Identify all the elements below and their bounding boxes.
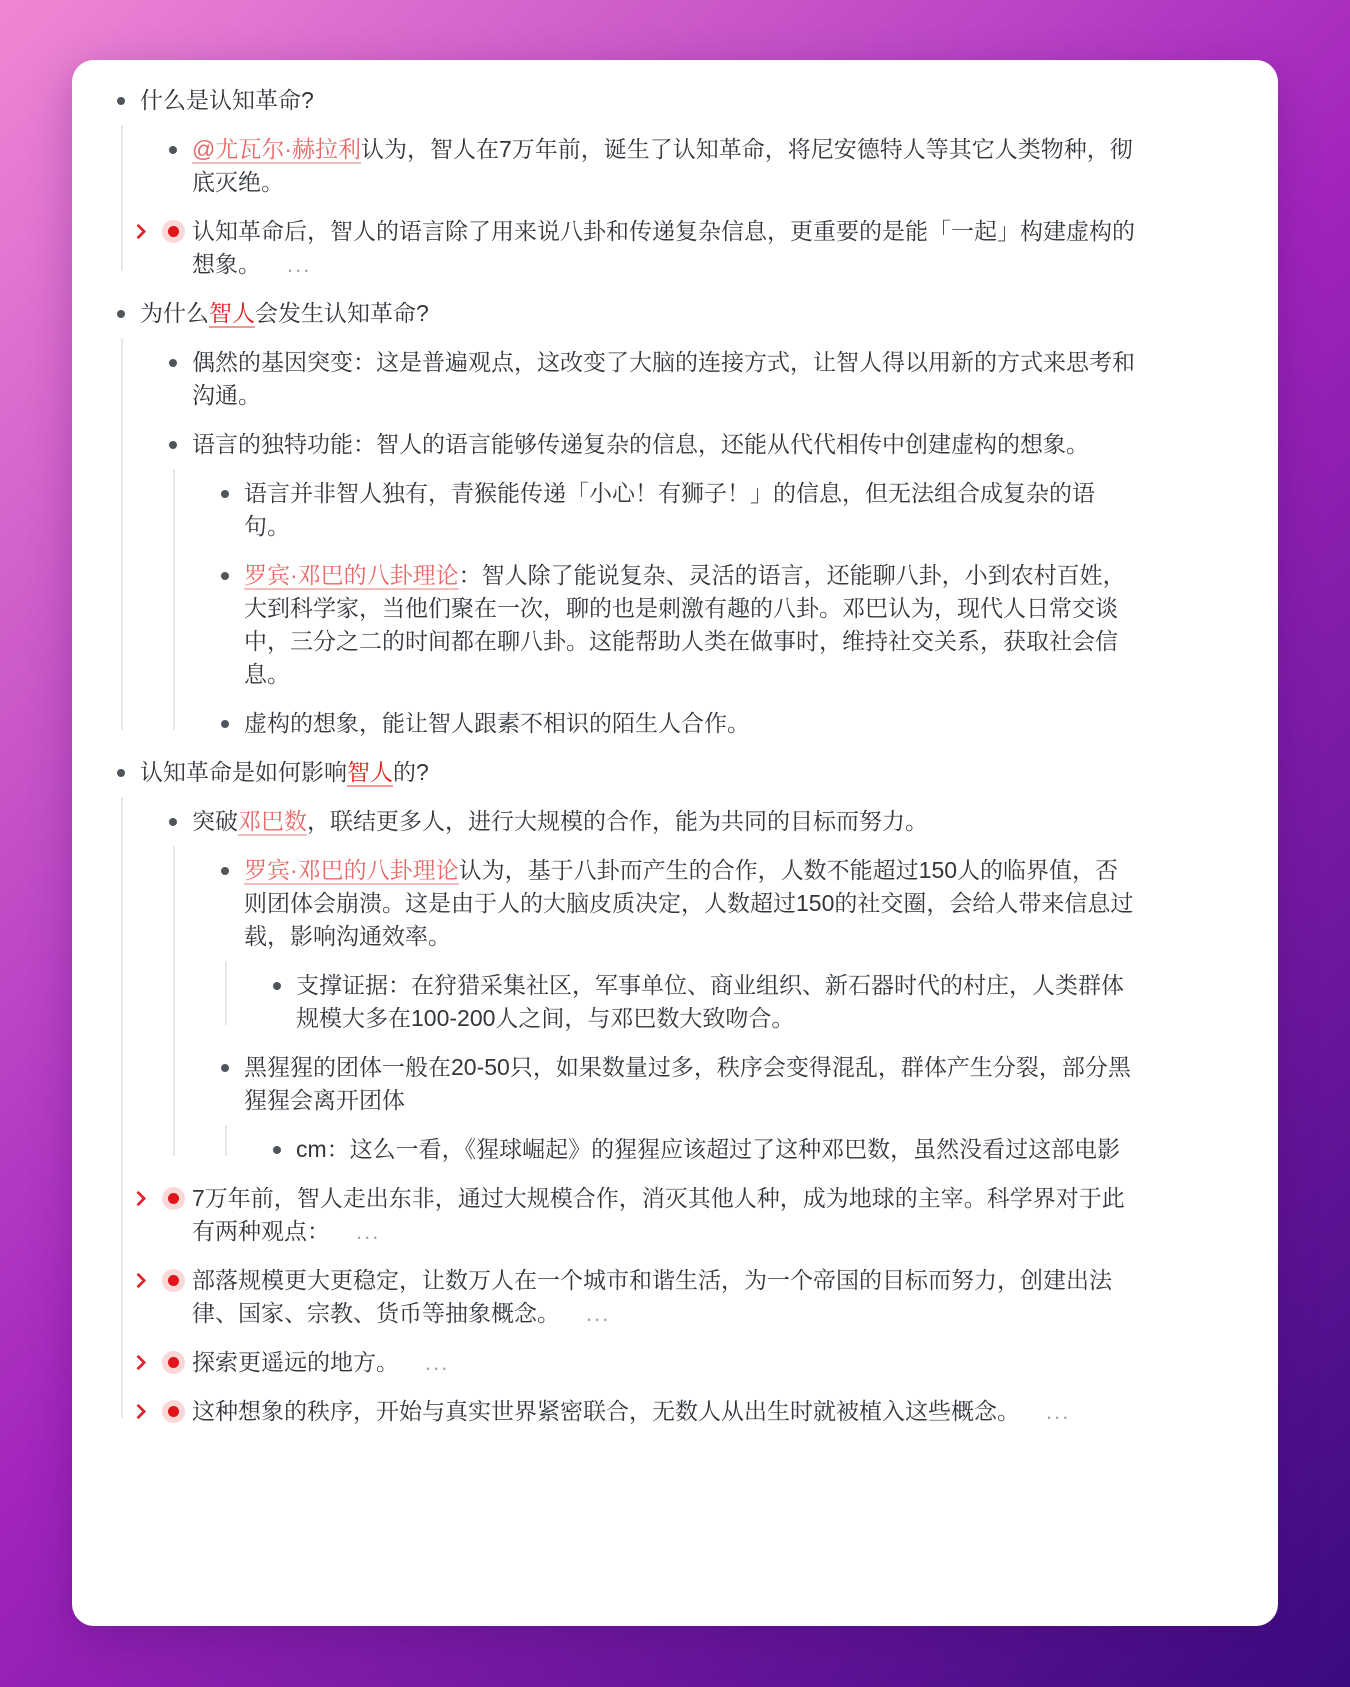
bullet-icon[interactable] — [117, 769, 125, 777]
text-run: ，联结更多人，进行大规模的合作，能为共同的目标而努力。 — [307, 808, 928, 834]
outline-node: 认知革命后，智人的语言除了用来说八卦和传递复杂信息，更重要的是能「一起」构建虚构… — [173, 215, 1138, 281]
outline-children: @尤瓦尔·赫拉利认为，智人在7万年前，诞生了认知革命，将尼安德特人等其它人类物种… — [173, 133, 1138, 281]
text-run: 为什么 — [140, 300, 209, 326]
outline-children: cm：这么一看，《猩球崛起》的猩猩应该超过了这种邓巴数，虽然没看过这部电影 — [277, 1133, 1138, 1166]
inline-link[interactable]: 罗宾·邓巴的八卦理论 — [244, 562, 459, 590]
outline-node: 什么是认知革命?@尤瓦尔·赫拉利认为，智人在7万年前，诞生了认知革命，将尼安德特… — [121, 84, 1138, 281]
text-run: 语言并非智人独有，青猴能传递「小心！有狮子！」的信息，但无法组合成复杂的语句。 — [244, 480, 1095, 539]
outline-node: 偶然的基因突变：这是普遍观点，这改变了大脑的连接方式，让智人得以用新的方式来思考… — [173, 346, 1138, 412]
outline-row: 部落规模更大更稳定，让数万人在一个城市和谐生活，为一个帝国的目标而努力，创建出法… — [173, 1264, 1138, 1330]
outline-node: 突破邓巴数，联结更多人，进行大规模的合作，能为共同的目标而努力。罗宾·邓巴的八卦… — [173, 805, 1138, 1166]
outline-row: 这种想象的秩序，开始与真实世界紧密联合，无数人从出生时就被植入这些概念。... — [173, 1395, 1138, 1428]
outline-node: @尤瓦尔·赫拉利认为，智人在7万年前，诞生了认知革命，将尼安德特人等其它人类物种… — [173, 133, 1138, 199]
text-run: 突破 — [192, 808, 238, 834]
outline-item-text[interactable]: 虚构的想象，能让智人跟素不相识的陌生人合作。 — [244, 707, 1138, 740]
outline-row: 认知革命后，智人的语言除了用来说八卦和传递复杂信息，更重要的是能「一起」构建虚构… — [173, 215, 1138, 281]
bullet-icon[interactable] — [221, 572, 229, 580]
outline-item-text[interactable]: 罗宾·邓巴的八卦理论：智人除了能说复杂、灵活的语言，还能聊八卦，小到农村百姓，大… — [244, 559, 1138, 691]
outline-row: 虚构的想象，能让智人跟素不相识的陌生人合作。 — [225, 707, 1138, 740]
outline-row: 为什么智人会发生认知革命? — [121, 297, 1138, 330]
outline-item-text[interactable]: 突破邓巴数，联结更多人，进行大规模的合作，能为共同的目标而努力。 — [192, 805, 1138, 838]
app-background: { "theme": { "background_gradient": ["#e… — [0, 0, 1350, 1687]
bullet-icon[interactable] — [169, 818, 177, 826]
outline-item-text[interactable]: 什么是认知革命? — [140, 84, 1138, 117]
outline-node: 认知革命是如何影响智人的?突破邓巴数，联结更多人，进行大规模的合作，能为共同的目… — [121, 756, 1138, 1428]
text-run: 部落规模更大更稳定，让数万人在一个城市和谐生活，为一个帝国的目标而努力，创建出法… — [192, 1267, 1112, 1326]
text-run: 7万年前，智人走出东非，通过大规模合作，消灭其他人种，成为地球的主宰。科学界对于… — [192, 1185, 1125, 1244]
outline-node: 罗宾·邓巴的八卦理论认为，基于八卦而产生的合作，人数不能超过150人的临界值，否… — [225, 854, 1138, 1035]
outline-node: 语言并非智人独有，青猴能传递「小心！有狮子！」的信息，但无法组合成复杂的语句。 — [225, 477, 1138, 543]
outline-children: 突破邓巴数，联结更多人，进行大规模的合作，能为共同的目标而努力。罗宾·邓巴的八卦… — [173, 805, 1138, 1428]
outline-row: 探索更遥远的地方。... — [173, 1346, 1138, 1379]
outline-row: 支撑证据：在狩猎采集社区，军事单位、商业组织、新石器时代的村庄，人类群体规模大多… — [277, 969, 1138, 1035]
collapse-chevron-icon[interactable] — [133, 222, 147, 241]
outline-row: 罗宾·邓巴的八卦理论认为，基于八卦而产生的合作，人数不能超过150人的临界值，否… — [225, 854, 1138, 953]
outline-row: 突破邓巴数，联结更多人，进行大规模的合作，能为共同的目标而努力。 — [173, 805, 1138, 838]
outline-node: 黑猩猩的团体一般在20-50只，如果数量过多，秩序会变得混乱，群体产生分裂，部分… — [225, 1051, 1138, 1166]
collapsed-bullet-dot — [168, 1357, 179, 1368]
text-run: 会发生认知革命? — [255, 300, 429, 326]
note-card: 什么是认知革命?@尤瓦尔·赫拉利认为，智人在7万年前，诞生了认知革命，将尼安德特… — [72, 60, 1278, 1626]
collapsed-ellipsis-icon[interactable]: ... — [586, 1301, 610, 1326]
collapsed-bullet-icon[interactable] — [162, 1400, 185, 1423]
collapsed-bullet-icon[interactable] — [162, 220, 185, 243]
text-run: 的? — [393, 759, 429, 785]
bullet-icon[interactable] — [169, 146, 177, 154]
collapsed-bullet-dot — [168, 1193, 179, 1204]
outline-row: 7万年前，智人走出东非，通过大规模合作，消灭其他人种，成为地球的主宰。科学界对于… — [173, 1182, 1138, 1248]
outline-item-text[interactable]: 支撑证据：在狩猎采集社区，军事单位、商业组织、新石器时代的村庄，人类群体规模大多… — [296, 969, 1138, 1035]
inline-link[interactable]: 智人 — [347, 759, 393, 787]
inline-link[interactable]: 罗宾·邓巴的八卦理论 — [244, 857, 459, 885]
outline-node: 7万年前，智人走出东非，通过大规模合作，消灭其他人种，成为地球的主宰。科学界对于… — [173, 1182, 1138, 1248]
outline-item-text[interactable]: 为什么智人会发生认知革命? — [140, 297, 1138, 330]
collapsed-ellipsis-icon[interactable]: ... — [287, 252, 311, 277]
inline-link[interactable]: 邓巴数 — [238, 808, 307, 836]
collapsed-ellipsis-icon[interactable]: ... — [356, 1219, 380, 1244]
outline-node: cm：这么一看，《猩球崛起》的猩猩应该超过了这种邓巴数，虽然没看过这部电影 — [277, 1133, 1138, 1166]
text-run: cm：这么一看，《猩球崛起》的猩猩应该超过了这种邓巴数，虽然没看过这部电影 — [296, 1136, 1120, 1162]
collapsed-ellipsis-icon[interactable]: ... — [425, 1350, 449, 1375]
outline-row: 偶然的基因突变：这是普遍观点，这改变了大脑的连接方式，让智人得以用新的方式来思考… — [173, 346, 1138, 412]
bullet-icon[interactable] — [273, 982, 281, 990]
outline-node: 部落规模更大更稳定，让数万人在一个城市和谐生活，为一个帝国的目标而努力，创建出法… — [173, 1264, 1138, 1330]
outline-item-text[interactable]: 偶然的基因突变：这是普遍观点，这改变了大脑的连接方式，让智人得以用新的方式来思考… — [192, 346, 1138, 412]
outline-row: 什么是认知革命? — [121, 84, 1138, 117]
outline-item-text[interactable]: 认知革命是如何影响智人的? — [140, 756, 1138, 789]
collapsed-bullet-dot — [168, 1275, 179, 1286]
bullet-icon[interactable] — [273, 1146, 281, 1154]
collapse-chevron-icon[interactable] — [133, 1271, 147, 1290]
outline-node: 虚构的想象，能让智人跟素不相识的陌生人合作。 — [225, 707, 1138, 740]
collapsed-bullet-dot — [168, 1406, 179, 1417]
bullet-icon[interactable] — [117, 310, 125, 318]
text-run: 虚构的想象，能让智人跟素不相识的陌生人合作。 — [244, 710, 750, 736]
outline-row: 黑猩猩的团体一般在20-50只，如果数量过多，秩序会变得混乱，群体产生分裂，部分… — [225, 1051, 1138, 1117]
outline-children: 支撑证据：在狩猎采集社区，军事单位、商业组织、新石器时代的村庄，人类群体规模大多… — [277, 969, 1138, 1035]
outline-row: cm：这么一看，《猩球崛起》的猩猩应该超过了这种邓巴数，虽然没看过这部电影 — [277, 1133, 1138, 1166]
outline-node: 为什么智人会发生认知革命?偶然的基因突变：这是普遍观点，这改变了大脑的连接方式，… — [121, 297, 1138, 740]
outline-node: 支撑证据：在狩猎采集社区，军事单位、商业组织、新石器时代的村庄，人类群体规模大多… — [277, 969, 1138, 1035]
outline-item-text[interactable]: 7万年前，智人走出东非，通过大规模合作，消灭其他人种，成为地球的主宰。科学界对于… — [192, 1182, 1138, 1248]
inline-link[interactable]: 智人 — [209, 300, 255, 328]
outline-item-text[interactable]: 探索更遥远的地方。... — [192, 1346, 1138, 1379]
outline-item-text[interactable]: 语言并非智人独有，青猴能传递「小心！有狮子！」的信息，但无法组合成复杂的语句。 — [244, 477, 1138, 543]
text-run: 黑猩猩的团体一般在20-50只，如果数量过多，秩序会变得混乱，群体产生分裂，部分… — [244, 1054, 1131, 1113]
outline-item-text[interactable]: 认知革命后，智人的语言除了用来说八卦和传递复杂信息，更重要的是能「一起」构建虚构… — [192, 215, 1138, 281]
text-run: 支撑证据：在狩猎采集社区，军事单位、商业组织、新石器时代的村庄，人类群体规模大多… — [296, 972, 1124, 1031]
outline-item-text[interactable]: 黑猩猩的团体一般在20-50只，如果数量过多，秩序会变得混乱，群体产生分裂，部分… — [244, 1051, 1138, 1117]
outline-item-text[interactable]: 这种想象的秩序，开始与真实世界紧密联合，无数人从出生时就被植入这些概念。... — [192, 1395, 1138, 1428]
outline-node: 这种想象的秩序，开始与真实世界紧密联合，无数人从出生时就被植入这些概念。... — [173, 1395, 1138, 1428]
collapsed-bullet-icon[interactable] — [162, 1351, 185, 1374]
bullet-icon[interactable] — [221, 867, 229, 875]
outline-item-text[interactable]: cm：这么一看，《猩球崛起》的猩猩应该超过了这种邓巴数，虽然没看过这部电影 — [296, 1133, 1138, 1166]
inline-link[interactable]: @尤瓦尔·赫拉利 — [192, 136, 361, 164]
outline-children: 罗宾·邓巴的八卦理论认为，基于八卦而产生的合作，人数不能超过150人的临界值，否… — [225, 854, 1138, 1166]
outline-row: @尤瓦尔·赫拉利认为，智人在7万年前，诞生了认知革命，将尼安德特人等其它人类物种… — [173, 133, 1138, 199]
collapsed-bullet-icon[interactable] — [162, 1187, 185, 1210]
text-run: 什么是认知革命? — [140, 87, 314, 113]
text-run: 认知革命后，智人的语言除了用来说八卦和传递复杂信息，更重要的是能「一起」构建虚构… — [192, 218, 1135, 277]
outline-row: 认知革命是如何影响智人的? — [121, 756, 1138, 789]
outline-children: 偶然的基因突变：这是普遍观点，这改变了大脑的连接方式，让智人得以用新的方式来思考… — [173, 346, 1138, 740]
outline-node: 探索更遥远的地方。... — [173, 1346, 1138, 1379]
text-run: 这种想象的秩序，开始与真实世界紧密联合，无数人从出生时就被植入这些概念。 — [192, 1398, 1020, 1424]
bullet-icon[interactable] — [117, 97, 125, 105]
outline-root: 什么是认知革命?@尤瓦尔·赫拉利认为，智人在7万年前，诞生了认知革命，将尼安德特… — [121, 84, 1138, 1428]
bullet-icon[interactable] — [221, 1064, 229, 1072]
collapse-chevron-icon[interactable] — [133, 1402, 147, 1421]
outline-item-text[interactable]: 部落规模更大更稳定，让数万人在一个城市和谐生活，为一个帝国的目标而努力，创建出法… — [192, 1264, 1138, 1330]
collapsed-bullet-dot — [168, 226, 179, 237]
text-run: 认知革命是如何影响 — [140, 759, 347, 785]
bullet-icon[interactable] — [169, 441, 177, 449]
bullet-icon[interactable] — [169, 359, 177, 367]
outline-node: 罗宾·邓巴的八卦理论：智人除了能说复杂、灵活的语言，还能聊八卦，小到农村百姓，大… — [225, 559, 1138, 691]
outline-node: 语言的独特功能：智人的语言能够传递复杂的信息，还能从代代相传中创建虚构的想象。语… — [173, 428, 1138, 740]
bullet-icon[interactable] — [221, 490, 229, 498]
text-run: 探索更遥远的地方。 — [192, 1349, 399, 1375]
outline-item-text[interactable]: 罗宾·邓巴的八卦理论认为，基于八卦而产生的合作，人数不能超过150人的临界值，否… — [244, 854, 1138, 953]
text-run: 语言的独特功能：智人的语言能够传递复杂的信息，还能从代代相传中创建虚构的想象。 — [192, 431, 1089, 457]
outline-children: 语言并非智人独有，青猴能传递「小心！有狮子！」的信息，但无法组合成复杂的语句。罗… — [225, 477, 1138, 740]
bullet-icon[interactable] — [221, 720, 229, 728]
outline-row: 罗宾·邓巴的八卦理论：智人除了能说复杂、灵活的语言，还能聊八卦，小到农村百姓，大… — [225, 559, 1138, 691]
collapse-chevron-icon[interactable] — [133, 1189, 147, 1208]
outline-item-text[interactable]: @尤瓦尔·赫拉利认为，智人在7万年前，诞生了认知革命，将尼安德特人等其它人类物种… — [192, 133, 1138, 199]
text-run: 偶然的基因突变：这是普遍观点，这改变了大脑的连接方式，让智人得以用新的方式来思考… — [192, 349, 1135, 408]
collapsed-ellipsis-icon[interactable]: ... — [1046, 1399, 1070, 1424]
collapsed-bullet-icon[interactable] — [162, 1269, 185, 1292]
outline-row: 语言并非智人独有，青猴能传递「小心！有狮子！」的信息，但无法组合成复杂的语句。 — [225, 477, 1138, 543]
outline-item-text[interactable]: 语言的独特功能：智人的语言能够传递复杂的信息，还能从代代相传中创建虚构的想象。 — [192, 428, 1138, 461]
outline-row: 语言的独特功能：智人的语言能够传递复杂的信息，还能从代代相传中创建虚构的想象。 — [173, 428, 1138, 461]
collapse-chevron-icon[interactable] — [133, 1353, 147, 1372]
